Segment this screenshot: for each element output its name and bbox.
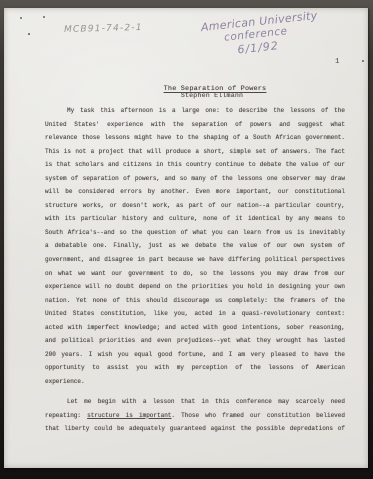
handwritten-ink-note: American University conference 6/1/92 bbox=[200, 7, 338, 60]
body-line: opportunity to assist you with my percep… bbox=[45, 361, 345, 375]
body-line: This is not a project that will produce … bbox=[45, 145, 345, 159]
body-line: acted with imperfect knowledge; and acte… bbox=[45, 321, 345, 335]
body-line: My task this afternoon is a large one: t… bbox=[45, 104, 345, 118]
body-line: nation. Yet none of this should discoura… bbox=[45, 294, 345, 308]
document-author: Stephen Ellmann bbox=[124, 92, 300, 99]
paper-speck bbox=[43, 16, 45, 18]
body-line: a debatable one. Finally, just as we deb… bbox=[45, 239, 345, 253]
body-line: is that scholars and citizens in this co… bbox=[45, 158, 345, 172]
body-line: experience. bbox=[45, 375, 345, 389]
body-line: experience will no doubt depend on the p… bbox=[45, 280, 345, 294]
paper-speck bbox=[20, 17, 22, 19]
body-line: on what we want our government to do, so… bbox=[45, 267, 345, 281]
body-line: Let me begin with a lesson that in this … bbox=[45, 395, 345, 409]
body-line: South Africa's--and so the question of w… bbox=[45, 226, 345, 240]
page-number: 1 bbox=[335, 58, 340, 66]
body-line: and political priorities and even prejud… bbox=[45, 334, 345, 348]
paper-speck bbox=[362, 60, 364, 62]
body-line: repeating: structure is important. Those… bbox=[45, 409, 345, 423]
body-line: will be considered errors by another. Ev… bbox=[45, 185, 345, 199]
paper-speck bbox=[28, 33, 30, 35]
paragraph: My task this afternoon is a large one: t… bbox=[45, 104, 345, 388]
body-line: with its particular history and culture,… bbox=[45, 212, 345, 226]
paper-sheet: MCB91-74-2-1 American University confere… bbox=[4, 8, 368, 468]
body-line: United States' experience with the separ… bbox=[45, 118, 345, 132]
body-line: United States constitution, like you, ac… bbox=[45, 307, 345, 321]
body-line: government, and disagree in part because… bbox=[45, 253, 345, 267]
body-line: 200 years. I wish you equal good fortune… bbox=[45, 348, 345, 362]
body-text: My task this afternoon is a large one: t… bbox=[45, 104, 345, 436]
body-line: system of separation of powers, and so m… bbox=[45, 172, 345, 186]
scanned-page: MCB91-74-2-1 American University confere… bbox=[0, 0, 373, 479]
body-line: relevance those lessons might have to th… bbox=[45, 131, 345, 145]
pencil-catalog-number: MCB91-74-2-1 bbox=[64, 23, 143, 35]
body-line: that liberty could be adequately guarant… bbox=[45, 422, 345, 436]
paragraph: Let me begin with a lesson that in this … bbox=[45, 395, 345, 436]
body-line: structure works, or doesn't work, as par… bbox=[45, 199, 345, 213]
